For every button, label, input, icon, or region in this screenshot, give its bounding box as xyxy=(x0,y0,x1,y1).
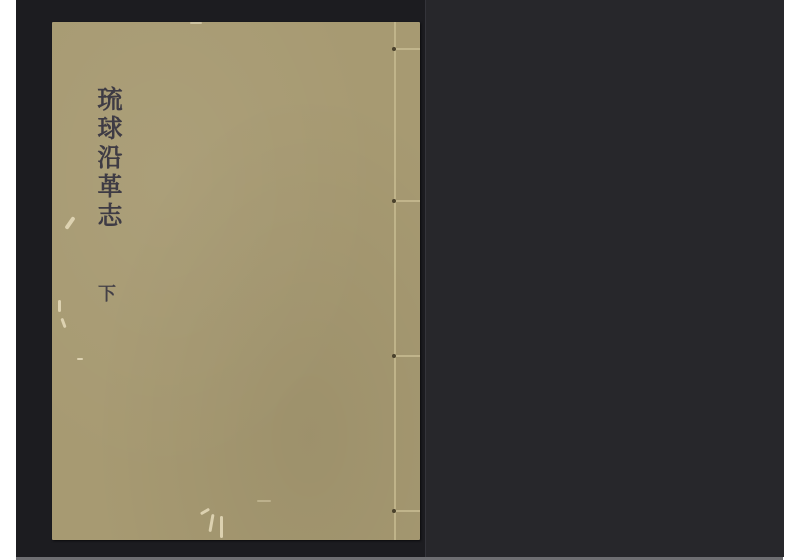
right-backing-board xyxy=(425,0,784,557)
wear-mark xyxy=(208,514,214,532)
wear-mark xyxy=(257,500,271,502)
binding-stitch xyxy=(394,510,420,512)
stitch-hole xyxy=(392,47,396,51)
binding-stitch xyxy=(394,48,420,50)
binding-line xyxy=(394,22,396,540)
stitch-hole xyxy=(392,199,396,203)
wear-mark xyxy=(200,508,210,516)
wear-mark xyxy=(190,22,202,24)
binding-stitch xyxy=(394,355,420,357)
stitch-hole xyxy=(392,509,396,513)
wear-mark xyxy=(58,300,61,312)
stitch-hole xyxy=(392,354,396,358)
binding-stitch xyxy=(394,200,420,202)
wear-mark xyxy=(64,216,75,230)
book-cover: 琉球沿革志 下 xyxy=(52,22,420,540)
volume-label: 下 xyxy=(98,280,116,306)
wear-mark xyxy=(60,318,66,328)
wear-mark xyxy=(77,358,83,360)
book-title: 琉球沿革志 xyxy=(92,86,126,231)
wear-mark xyxy=(220,516,223,538)
